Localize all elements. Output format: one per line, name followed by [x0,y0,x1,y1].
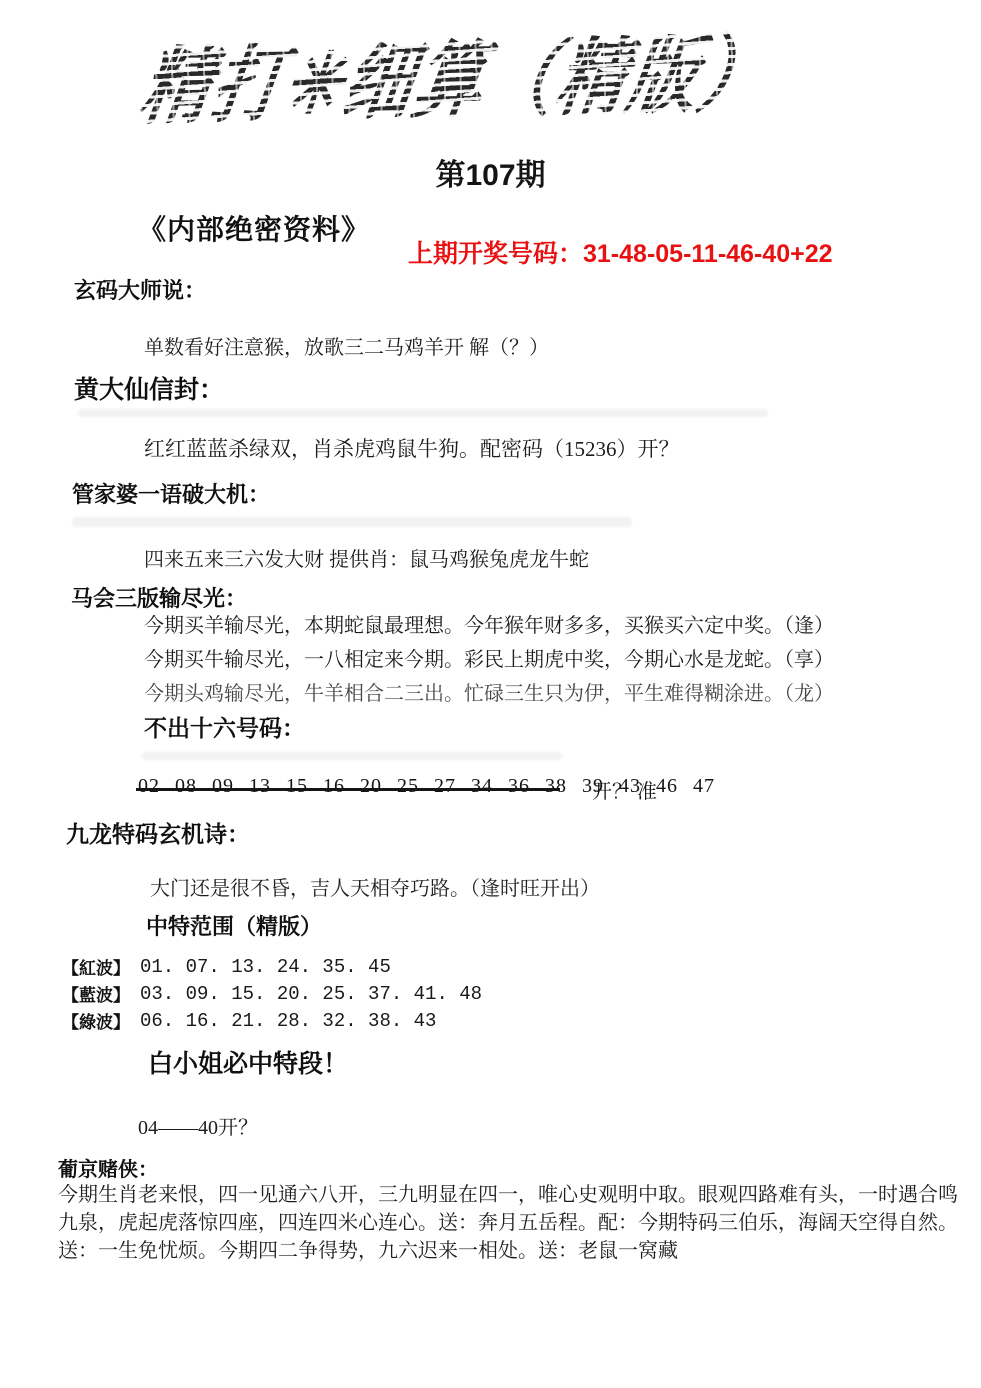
scan-smudge [72,517,632,527]
scanned-lottery-sheet: 精打✳细算（精版） 第107期 《内部绝密资料》 上期开奖号码：31-48-05… [0,0,981,1388]
jiulong-poem-line: 大门还是很不昏，吉人天相夺巧路。（逢时旺开出） [150,872,600,901]
blue-wave-label: 【藍波】 [62,981,140,1006]
green-wave-label: 【綠波】 [62,1008,140,1033]
strikethrough-line [136,788,560,791]
section-heading-huangdaxian: 黄大仙信封： [74,370,224,406]
huangdaxian-tip-line: 红红蓝蓝杀绿双，肖杀虎鸡鼠牛狗。配密码（15236）开？ [144,433,680,463]
mahui-line: 今期头鸡输尽光，牛羊相合二三出。忙碌三生只为伊，平生难得糊涂进。（龙） [144,677,834,706]
wave-row-red: 【紅波】 01. 07. 13. 24. 35. 45 [62,953,391,980]
xuanma-tip-line: 单数看好注意猴，放歌三二马鸡羊开 解（？） [144,331,549,360]
pujing-verse-line: 九泉，虎起虎落惊四座，四连四米心连心。送：奔月五岳程。配：今期特码三伯乐，海阔天… [58,1206,958,1235]
section-heading-xuanma: 玄码大师说： [74,274,206,305]
masthead-calligraphy: 精打✳细算（精版） [128,20,793,155]
issue-number: 第107期 [0,150,981,194]
wave-row-green: 【綠波】 06. 16. 21. 28. 32. 38. 43 [62,1007,436,1034]
section-heading-excluded-numbers: 不出十六号码： [144,710,305,743]
scan-smudge [78,409,768,417]
masthead-title-text: 精打✳细算（精版） [128,20,793,141]
section-heading-jiulong: 九龙特码玄机诗： [66,816,250,849]
mahui-line: 今期买羊输尽光，本期蛇鼠最理想。今年猴年财多多，买猴买六定中奖。（逢） [144,609,834,638]
red-wave-label: 【紅波】 [62,954,140,979]
pujing-verse-line: 今期生肖老来恨，四一见通六八开，三九明显在四一，唯心史观明中取。眼观四路难有头，… [58,1178,958,1207]
secret-material-title: 《内部绝密资料》 [138,208,370,248]
blue-wave-numbers: 03. 09. 15. 20. 25. 37. 41. 48 [140,983,482,1005]
guanjiapo-tip-line: 四来五来三六发大财 提供肖：鼠马鸡猴兔虎龙牛蛇 [144,543,589,572]
section-heading-zhongte: 中特范围（精版） [146,910,322,941]
mahui-line: 今期买牛输尽光，一八相定来今期。彩民上期虎中奖，今期心水是龙蛇。（享） [144,643,834,672]
wave-row-blue: 【藍波】 03. 09. 15. 20. 25. 37. 41. 48 [62,980,482,1007]
section-heading-guanjiapo: 管家婆一语破大机： [72,478,270,509]
green-wave-numbers: 06. 16. 21. 28. 32. 38. 43 [140,1010,436,1032]
red-wave-numbers: 01. 07. 13. 24. 35. 45 [140,956,391,978]
section-heading-baixiaojie: 白小姐必中特段！ [148,1044,348,1080]
excluded-numbers-result: 开？ 准 [592,775,657,804]
scan-smudge [142,752,562,760]
baixiaojie-tip-line: 04——40开？ [138,1111,258,1140]
last-draw-numbers: 上期开奖号码：31-48-05-11-46-40+22 [408,234,833,270]
pujing-verse-line: 送：一生免忧烦。今期四二争得势，九六迟来一相处。送：老鼠一窝藏 [58,1234,678,1263]
